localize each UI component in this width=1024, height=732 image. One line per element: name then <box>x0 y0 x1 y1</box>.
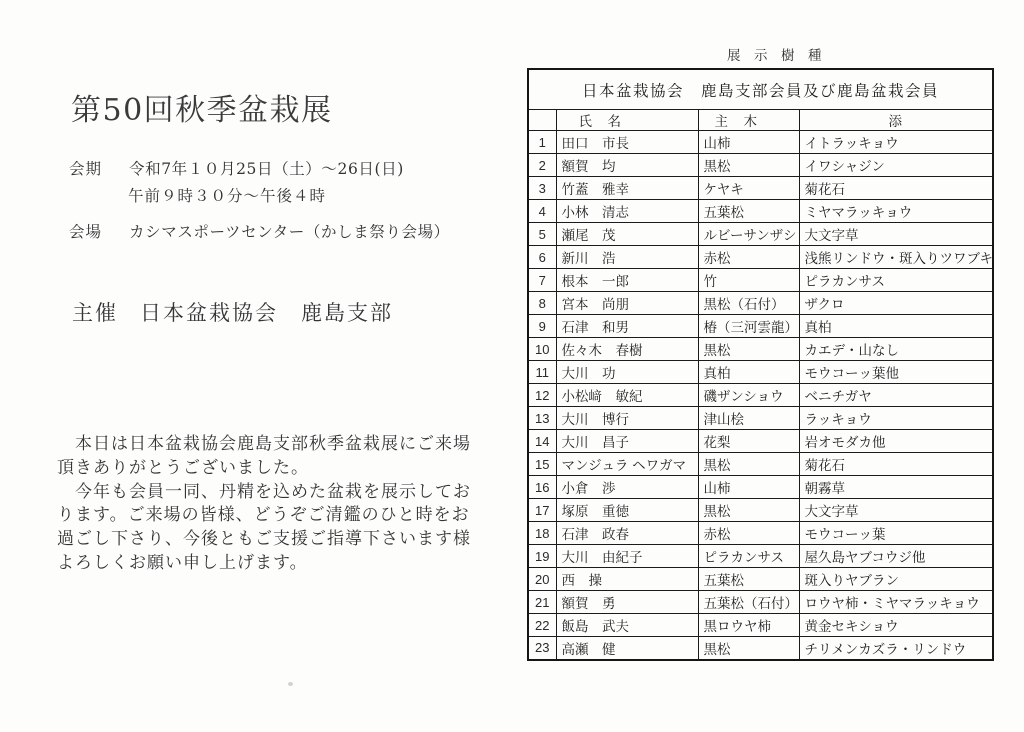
venue-label: 会場 <box>69 223 102 241</box>
cell-accent: 斑入りヤブラン <box>799 568 993 591</box>
schedule-dates: 令和7年１０月25日（土）～26日(日) <box>129 160 404 178</box>
table-row: 16小倉 渉山柿朝霧草 <box>528 476 993 499</box>
table-row: 8宮本 尚朋黒松（石付）ザクロ <box>528 292 993 315</box>
table-row: 20西 操五葉松斑入りヤブラン <box>528 568 993 591</box>
cell-tree: 黒松 <box>698 637 799 660</box>
table-row: 5瀬尾 茂ルビーサンザシ大文字草 <box>528 223 993 246</box>
cell-accent: チリメンカズラ・リンドウ <box>799 637 993 660</box>
cell-accent: モウコーッ葉 <box>799 522 993 545</box>
cell-name: 額賀 均 <box>556 154 698 177</box>
cell-name: 西 操 <box>556 568 698 591</box>
table-row: 10佐々木 春樹黒松カエデ・山なし <box>528 338 993 361</box>
exhibit-table: 日本盆栽協会 鹿島支部会員及び鹿島盆栽会員 氏 名 主 木 添 1田口 市長山柿… <box>527 68 994 661</box>
cell-accent: 菊花石 <box>799 177 993 200</box>
cell-accent: 大文字草 <box>799 499 993 522</box>
exhibit-table-body: 1田口 市長山柿イトラッキョウ2額賀 均黒松イワシャジン3竹蓋 雅幸ケヤキ菊花石… <box>528 131 993 660</box>
cell-accent: 大文字草 <box>799 223 993 246</box>
cell-accent: 浅熊リンドウ・斑入りツワブキ <box>799 246 993 269</box>
venue-row: 会場カシマスポーツセンター（かしま祭り会場） <box>69 220 450 242</box>
cell-tree: 山柿 <box>698 476 799 499</box>
cell-no: 15 <box>528 453 556 476</box>
cell-accent: ピラカンサス <box>799 269 993 292</box>
cell-no: 8 <box>528 292 556 315</box>
cell-tree: 黒松 <box>698 338 799 361</box>
table-caption: 日本盆栽協会 鹿島支部会員及び鹿島盆栽会員 <box>528 69 993 110</box>
cell-accent: ロウヤ柿・ミヤマラッキョウ <box>799 591 993 614</box>
cell-name: 根本 一郎 <box>556 269 698 292</box>
table-row: 19大川 由紀子ピラカンサス屋久島ヤブコウジ他 <box>528 545 993 568</box>
scan-speck <box>288 682 293 686</box>
greeting-paragraph: 本日は日本盆栽協会鹿島支部秋季盆栽展にご来場 頂きありがとうございました。 今年… <box>57 433 493 576</box>
cell-name: 田口 市長 <box>556 131 698 154</box>
cell-accent: ザクロ <box>799 292 993 315</box>
cell-tree: 五葉松 <box>698 200 799 223</box>
cell-no: 1 <box>528 131 556 154</box>
cell-name: 小倉 渉 <box>556 476 698 499</box>
cell-no: 2 <box>528 154 556 177</box>
table-row: 13大川 博行津山桧ラッキョウ <box>528 407 993 430</box>
cell-tree: 黒松 <box>698 154 799 177</box>
cell-no: 10 <box>528 338 556 361</box>
cell-tree: 赤松 <box>698 522 799 545</box>
table-row: 7根本 一郎竹ピラカンサス <box>528 269 993 292</box>
cell-name: 大川 功 <box>556 361 698 384</box>
table-row: 11大川 功真柏モウコーッ葉他 <box>528 361 993 384</box>
table-row: 23高瀬 健黒松チリメンカズラ・リンドウ <box>528 637 993 660</box>
cell-name: 佐々木 春樹 <box>556 338 698 361</box>
cell-tree: ケヤキ <box>698 177 799 200</box>
cell-name: 宮本 尚朋 <box>556 292 698 315</box>
cell-no: 21 <box>528 591 556 614</box>
cell-accent: 岩オモダカ他 <box>799 430 993 453</box>
organizer-row: 主催日本盆栽協会 鹿島支部 <box>72 297 393 327</box>
cell-no: 7 <box>528 269 556 292</box>
cell-tree: 磯ザンショウ <box>698 384 799 407</box>
cell-tree: 椿（三河雲龍） <box>698 315 799 338</box>
cell-accent: カエデ・山なし <box>799 338 993 361</box>
table-row: 3竹蓋 雅幸ケヤキ菊花石 <box>528 177 993 200</box>
cell-name: 石津 政春 <box>556 522 698 545</box>
schedule-row: 会期令和7年１０月25日（土）～26日(日) <box>69 157 404 179</box>
cell-name: 小林 清志 <box>556 200 698 223</box>
table-header-row: 氏 名 主 木 添 <box>528 110 993 131</box>
cell-name: 大川 昌子 <box>556 430 698 453</box>
cell-tree: 山柿 <box>698 131 799 154</box>
cell-no: 12 <box>528 384 556 407</box>
cell-accent: 菊花石 <box>799 453 993 476</box>
cell-no: 17 <box>528 499 556 522</box>
cell-no: 22 <box>528 614 556 637</box>
venue-name: カシマスポーツセンター（かしま祭り会場） <box>129 223 450 241</box>
table-row: 4小林 清志五葉松ミヤマラッキョウ <box>528 200 993 223</box>
cell-name: 大川 由紀子 <box>556 545 698 568</box>
schedule-hours: 午前９時３０分～午後４時 <box>128 184 326 206</box>
table-row: 2額賀 均黒松イワシャジン <box>528 154 993 177</box>
table-row: 15マンジュラ ヘワガマ黒松菊花石 <box>528 453 993 476</box>
cell-no: 6 <box>528 246 556 269</box>
cell-name: 飯島 武夫 <box>556 614 698 637</box>
cell-accent: 黄金セキショウ <box>799 614 993 637</box>
cell-tree: 真柏 <box>698 361 799 384</box>
cell-no: 14 <box>528 430 556 453</box>
organizer-name: 日本盆栽協会 鹿島支部 <box>140 301 393 325</box>
table-row: 18石津 政春赤松モウコーッ葉 <box>528 522 993 545</box>
cell-no: 20 <box>528 568 556 591</box>
col-header-accent: 添 <box>799 110 993 131</box>
organizer-label: 主催 <box>72 301 118 325</box>
cell-name: 瀬尾 茂 <box>556 223 698 246</box>
cell-name: 額賀 勇 <box>556 591 698 614</box>
cell-name: 塚原 重徳 <box>556 499 698 522</box>
cell-no: 19 <box>528 545 556 568</box>
cell-accent: ベニチガヤ <box>799 384 993 407</box>
cell-tree: 黒松（石付） <box>698 292 799 315</box>
exhibition-title: 第50回秋季盆栽展 <box>71 85 333 129</box>
cell-no: 5 <box>528 223 556 246</box>
cell-tree: 赤松 <box>698 246 799 269</box>
cell-tree: 花梨 <box>698 430 799 453</box>
cell-accent: ラッキョウ <box>799 407 993 430</box>
cell-name: 石津 和男 <box>556 315 698 338</box>
table-row: 1田口 市長山柿イトラッキョウ <box>528 131 993 154</box>
cell-accent: 真柏 <box>799 315 993 338</box>
cell-tree: 五葉松（石付） <box>698 591 799 614</box>
table-row: 17塚原 重徳黒松大文字草 <box>528 499 993 522</box>
table-caption-row: 日本盆栽協会 鹿島支部会員及び鹿島盆栽会員 <box>528 69 993 110</box>
col-header-name: 氏 名 <box>556 110 698 131</box>
cell-no: 16 <box>528 476 556 499</box>
cell-accent: 屋久島ヤブコウジ他 <box>799 545 993 568</box>
exhibit-section-title: 展 示 樹 種 <box>727 44 822 64</box>
cell-no: 23 <box>528 637 556 660</box>
cell-no: 9 <box>528 315 556 338</box>
cell-no: 4 <box>528 200 556 223</box>
table-row: 6新川 浩赤松浅熊リンドウ・斑入りツワブキ <box>528 246 993 269</box>
cell-tree: 黒ロウヤ柿 <box>698 614 799 637</box>
table-row: 22飯島 武夫黒ロウヤ柿黄金セキショウ <box>528 614 993 637</box>
cell-name: 竹蓋 雅幸 <box>556 177 698 200</box>
table-row: 12小松﨑 敏紀磯ザンショウベニチガヤ <box>528 384 993 407</box>
cell-name: 大川 博行 <box>556 407 698 430</box>
cell-tree: 黒松 <box>698 499 799 522</box>
cell-tree: ルビーサンザシ <box>698 223 799 246</box>
cell-no: 13 <box>528 407 556 430</box>
cell-accent: 朝霧草 <box>799 476 993 499</box>
cell-accent: イトラッキョウ <box>799 131 993 154</box>
cell-name: マンジュラ ヘワガマ <box>556 453 698 476</box>
cell-tree: 五葉松 <box>698 568 799 591</box>
cell-no: 3 <box>528 177 556 200</box>
cell-tree: 黒松 <box>698 453 799 476</box>
cell-name: 新川 浩 <box>556 246 698 269</box>
cell-accent: ミヤマラッキョウ <box>799 200 993 223</box>
cell-tree: ピラカンサス <box>698 545 799 568</box>
col-header-main-tree: 主 木 <box>698 110 799 131</box>
cell-name: 高瀬 健 <box>556 637 698 660</box>
scanned-program-page: 第50回秋季盆栽展 会期令和7年１０月25日（土）～26日(日) 午前９時３０分… <box>0 0 1024 732</box>
cell-tree: 津山桧 <box>698 407 799 430</box>
table-row: 21額賀 勇五葉松（石付）ロウヤ柿・ミヤマラッキョウ <box>528 591 993 614</box>
col-header-no <box>528 110 556 131</box>
schedule-label: 会期 <box>69 160 102 178</box>
cell-no: 11 <box>528 361 556 384</box>
cell-no: 18 <box>528 522 556 545</box>
cell-name: 小松﨑 敏紀 <box>556 384 698 407</box>
table-row: 9石津 和男椿（三河雲龍）真柏 <box>528 315 993 338</box>
cell-tree: 竹 <box>698 269 799 292</box>
cell-accent: イワシャジン <box>799 154 993 177</box>
table-row: 14大川 昌子花梨岩オモダカ他 <box>528 430 993 453</box>
cell-accent: モウコーッ葉他 <box>799 361 993 384</box>
